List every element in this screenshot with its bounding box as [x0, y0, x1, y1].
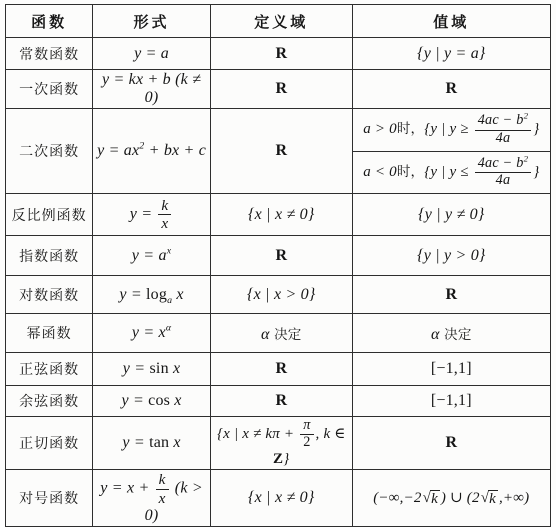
row-quadratic-a: 二次函数 y = ax2 + bx + c R a > 0时，{y | y ≥ … — [6, 109, 551, 152]
cell-form: y = ax — [93, 236, 211, 276]
header-row: 函数 形式 定义域 值域 — [6, 5, 551, 38]
cell-name: 指数函数 — [6, 236, 93, 276]
cell-domain: R — [210, 38, 352, 70]
row-linear: 一次函数 y = kx + b (k ≠ 0) R R — [6, 70, 551, 109]
fraction: 4ac − b24a — [475, 113, 531, 146]
shi-label: 时， — [397, 121, 424, 137]
header-domain: 定义域 — [210, 5, 352, 38]
header-range: 值域 — [352, 5, 550, 38]
cell-name: 常数函数 — [6, 38, 93, 70]
fraction: π2 — [300, 418, 313, 451]
cell-domain: {x | x ≠ 0} — [210, 194, 352, 236]
fraction: kx — [158, 197, 171, 233]
cell-form: y = a — [93, 38, 211, 70]
row-logarithmic: 对数函数 y = loga x {x | x > 0} R — [6, 276, 551, 314]
cell-name: 对数函数 — [6, 276, 93, 314]
cell-domain: R — [210, 236, 352, 276]
cell-range: R — [352, 417, 550, 470]
cell-range: R — [352, 70, 550, 109]
cell-form: y = xα — [93, 314, 211, 353]
header-function: 函数 — [6, 5, 93, 38]
row-constant: 常数函数 y = a R {y | y = a} — [6, 38, 551, 70]
cell-name: 二次函数 — [6, 109, 93, 194]
cell-domain: {x | x > 0} — [210, 276, 352, 314]
cell-domain: R — [210, 353, 352, 386]
cell-range: {y | y = a} — [352, 38, 550, 70]
cell-form: y = cos x — [93, 386, 211, 417]
cell-form: y = kx + b (k ≠ 0) — [93, 70, 211, 109]
cell-name: 正弦函数 — [6, 353, 93, 386]
row-sine: 正弦函数 y = sin x R [−1,1] — [6, 353, 551, 386]
cell-range: [−1,1] — [352, 353, 550, 386]
cell-name: 幂函数 — [6, 314, 93, 353]
cell-name: 一次函数 — [6, 70, 93, 109]
function-table: 函数 形式 定义域 值域 常数函数 y = a R {y | y = a} 一次… — [5, 4, 551, 527]
row-duihao: 对号函数 y = x + kx (k > 0) {x | x ≠ 0} (−∞,… — [6, 470, 551, 527]
row-exponential: 指数函数 y = ax R {y | y > 0} — [6, 236, 551, 276]
cell-form: y = sin x — [93, 353, 211, 386]
fraction: kx — [156, 471, 169, 507]
cell-domain: R — [210, 70, 352, 109]
cell-range: {y | y > 0} — [352, 236, 550, 276]
cell-name: 反比例函数 — [6, 194, 93, 236]
cell-range-a-positive: a > 0时，{y | y ≥ 4ac − b24a} — [352, 109, 550, 152]
cell-range: (−∞,−2√k) ∪ (2√k,+∞) — [352, 470, 550, 527]
cell-name: 对号函数 — [6, 470, 93, 527]
cell-form: y = kx — [93, 194, 211, 236]
cell-name: 正切函数 — [6, 417, 93, 470]
cell-form: y = x + kx (k > 0) — [93, 470, 211, 527]
row-reciprocal: 反比例函数 y = kx {x | x ≠ 0} {y | y ≠ 0} — [6, 194, 551, 236]
row-tangent: 正切函数 y = tan x {x | x ≠ kπ + π2, k ∈ Z} … — [6, 417, 551, 470]
cell-range-a-negative: a < 0时，{y | y ≤ 4ac − b24a} — [352, 152, 550, 194]
cell-domain: {x | x ≠ 0} — [210, 470, 352, 527]
cell-domain: R — [210, 386, 352, 417]
cell-form: y = tan x — [93, 417, 211, 470]
cell-form: y = ax2 + bx + c — [93, 109, 211, 194]
sqrt-radical: √k — [423, 490, 440, 508]
header-form: 形式 — [93, 5, 211, 38]
sqrt-radical: √k — [481, 490, 498, 508]
cell-domain: R — [210, 109, 352, 194]
row-cosine: 余弦函数 y = cos x R [−1,1] — [6, 386, 551, 417]
cell-range: [−1,1] — [352, 386, 550, 417]
fraction: 4ac − b24a — [475, 156, 531, 189]
cell-name: 余弦函数 — [6, 386, 93, 417]
row-power: 幂函数 y = xα α 决定 α 决定 — [6, 314, 551, 353]
cell-domain: {x | x ≠ kπ + π2, k ∈ Z} — [210, 417, 352, 470]
cell-range: α 决定 — [352, 314, 550, 353]
shi-label: 时， — [397, 164, 424, 180]
cell-range: {y | y ≠ 0} — [352, 194, 550, 236]
cell-domain: α 决定 — [210, 314, 352, 353]
math-function-table-sheet: 函数 形式 定义域 值域 常数函数 y = a R {y | y = a} 一次… — [0, 0, 556, 500]
cell-range: R — [352, 276, 550, 314]
cell-form: y = loga x — [93, 276, 211, 314]
